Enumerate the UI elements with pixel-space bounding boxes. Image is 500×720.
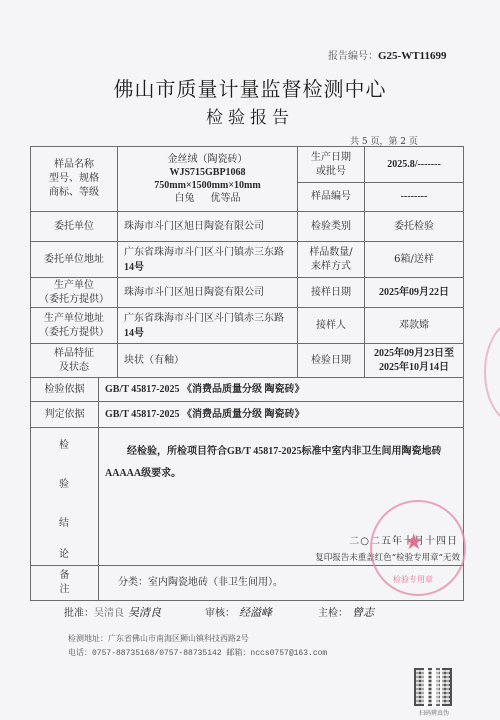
test-date-label: 检验日期: [298, 344, 364, 377]
qr-label: 扫码辨真伪: [414, 708, 454, 717]
label-line: 生产日期: [311, 151, 351, 165]
organization-title: 佛山市质量计量监督检测中心: [0, 73, 500, 102]
label-char: 注: [60, 583, 70, 597]
conclusion-label-char: 论: [30, 545, 98, 560]
client-value: 珠海市斗门区旭日陶瓷有限公司: [118, 212, 297, 241]
table-border-bottom: [30, 600, 463, 601]
production-date-value: 2025.8/-------: [365, 147, 463, 182]
receive-date-value: 2025年09月22日: [365, 278, 463, 307]
client-address-value: 广东省珠海市斗门区斗门镇赤三东路 14号: [118, 242, 297, 277]
label-line: 来样方式: [311, 260, 351, 274]
report-number-label: 报告编号：: [328, 51, 378, 62]
test-basis-value: GB/T 45817-2025 《消费品质量分级 陶瓷砖》: [99, 378, 463, 401]
stamp-label: 检验专用章: [393, 574, 433, 585]
approver-name: 吴清良: [94, 608, 124, 619]
conclusion-text: 经检验，所检项目符合GB/T 45817-2025标准中室内非卫生间用陶瓷地砖A…: [105, 441, 460, 485]
conclusion-label-char: 验: [30, 475, 98, 490]
conclusion-label-char: 结: [30, 514, 98, 529]
reviewer-signature: 经溢峰: [239, 606, 272, 619]
label-line: 样品数量/: [309, 246, 352, 260]
label-line: 及状态: [59, 361, 89, 375]
client-label: 委托单位: [31, 212, 117, 241]
test-type-value: 委托检验: [365, 212, 463, 241]
test-date-value: 2025年09月23日至 2025年10月14日: [365, 344, 463, 377]
sample-name-label: 样品名称 型号、规格 商标、等级: [31, 147, 117, 211]
inspector: 主检：曾志: [318, 604, 374, 620]
label-line: 生产单位地址: [44, 312, 104, 326]
inspect-label: 主检：: [318, 608, 348, 619]
receiver-value: 邓款嫦: [365, 308, 463, 343]
label-line: （委托方提供）: [39, 293, 109, 307]
production-date-label: 生产日期 或批号: [298, 147, 364, 182]
receiver-label: 接样人: [298, 308, 364, 343]
address-line: 14号: [124, 260, 144, 275]
conclusion-label-char: 检: [30, 436, 98, 451]
producer-label: 生产单位 （委托方提供）: [31, 278, 117, 307]
label-line: 或批号: [316, 165, 346, 179]
address-line: 广东省珠海市斗门区斗门镇赤三东路: [124, 245, 284, 260]
producer-value: 珠海市斗门区旭日陶瓷有限公司: [118, 278, 297, 307]
judgment-basis-value: GB/T 45817-2025 《消费品质量分级 陶瓷砖》: [99, 402, 463, 427]
sample-number-label: 样品编号: [298, 183, 364, 211]
label-line: 生产单位: [54, 279, 94, 293]
test-basis-label: 检验依据: [31, 378, 98, 401]
producer-address-label: 生产单位地址 （委托方提供）: [31, 308, 117, 343]
review-label: 审核：: [205, 608, 235, 619]
sample-quantity-label: 样品数量/ 来样方式: [298, 242, 364, 277]
label-line: 商标、等级: [49, 186, 99, 200]
sample-number-value: --------: [365, 183, 463, 211]
sample-quantity-value: 6箱/送样: [365, 242, 463, 277]
sample-feature-value: 块状（有釉）: [118, 344, 297, 377]
brand-grade: 白兔 优等品: [175, 192, 241, 205]
sample-feature-label: 样品特征 及状态: [31, 344, 117, 377]
qr-code-icon[interactable]: [414, 668, 452, 706]
qr-pattern: [416, 670, 450, 704]
row-divider: [30, 427, 463, 428]
specification: 750mm×1500mm×10mm: [154, 179, 260, 192]
contact-info: 电话：0757-88735168/0757-88735142 邮箱：nccs07…: [68, 647, 327, 658]
test-type-label: 检验类别: [298, 212, 364, 241]
producer-address-value: 广东省珠海市斗门区斗门镇赤三东路 14号: [118, 308, 297, 343]
label-line: 样品名称: [54, 158, 94, 172]
label-char: 备: [60, 569, 70, 583]
sample-name-value: 金丝绒（陶瓷砖） WJS715GBP1068 750mm×1500mm×10mm…: [118, 147, 297, 211]
date-line: 2025年09月23日至: [374, 347, 454, 361]
remark-label: 备 注: [31, 566, 98, 600]
report-number: 报告编号：G25-WT11699: [328, 47, 446, 62]
model-number: WJS715GBP1068: [169, 166, 245, 179]
client-address-label: 委托单位地址: [31, 242, 117, 277]
approver-signature: 吴清良: [128, 606, 161, 619]
inspector-signature: 曾志: [352, 606, 374, 619]
address-line: 14号: [124, 326, 144, 341]
test-address: 检测地址：广东省佛山市南海区狮山镇科技西路2号: [68, 633, 249, 644]
address-line: 广东省珠海市斗门区斗门镇赤三东路: [124, 311, 284, 326]
reviewer: 审核：经溢峰: [205, 604, 272, 620]
label-line: 型号、规格: [49, 172, 99, 186]
seam-stamp: [484, 320, 500, 424]
approver: 批准：吴清良吴清良: [64, 604, 161, 620]
report-number-value: G25-WT11699: [378, 50, 446, 62]
label-line: 样品特征: [54, 347, 94, 361]
date-line: 2025年10月14日: [379, 361, 449, 375]
receive-date-label: 接样日期: [298, 278, 364, 307]
product-name: 金丝绒（陶瓷砖）: [168, 153, 248, 166]
approve-label: 批准：: [64, 608, 94, 619]
judgment-basis-label: 判定依据: [31, 402, 98, 427]
label-line: （委托方提供）: [39, 326, 109, 340]
stamp-star-icon: ★: [404, 530, 424, 555]
document-title: 检验报告: [0, 103, 500, 128]
